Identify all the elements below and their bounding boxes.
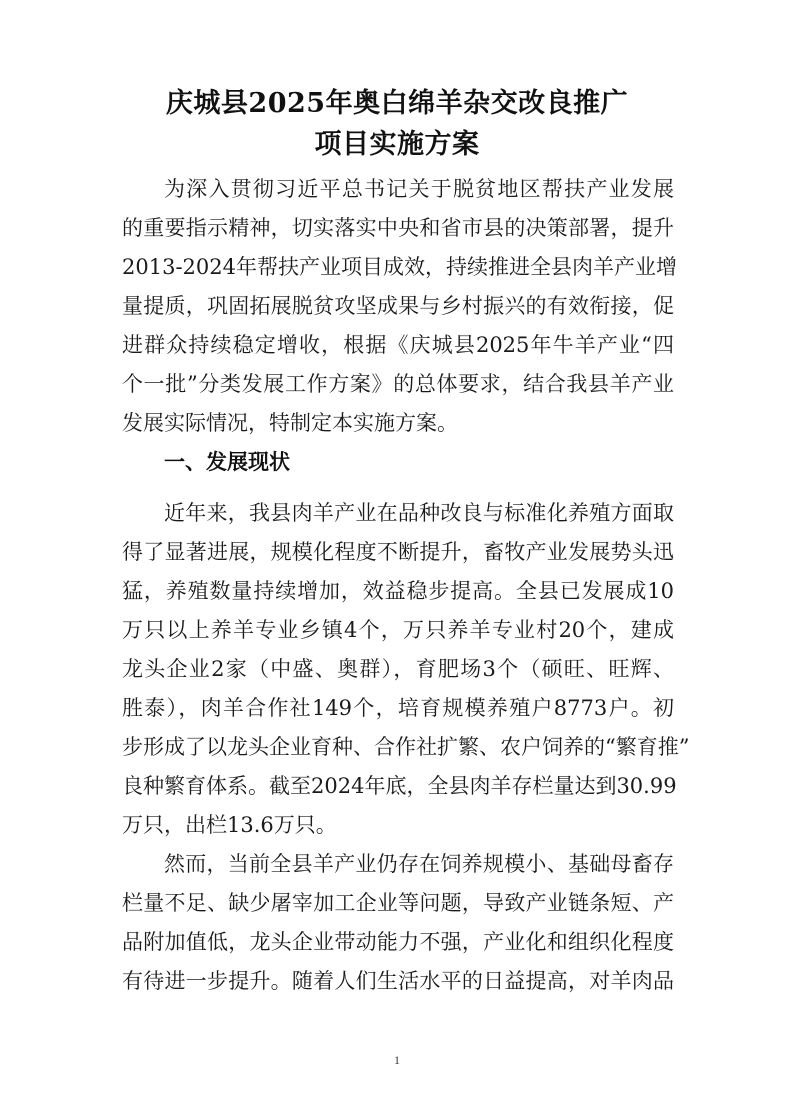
paragraph-line: 发展实际情况，特制定本实施方案。 [122, 404, 674, 443]
paragraph-line: 进群众持续稳定增收，根据《庆城县2025年牛羊产业“四 [122, 326, 674, 365]
paragraph-line: 龙头企业2家（中盛、奥群），育肥场3个（硕旺、旺辉、 [122, 650, 674, 689]
section-heading: 一、发展现状 [164, 443, 290, 482]
paragraph-line: 个一批”分类发展工作方案》的总体要求，结合我县羊产业 [122, 365, 674, 404]
paragraph-line: 品附加值低，龙头企业带动能力不强，产业化和组织化程度 [122, 923, 674, 962]
document-page: 庆城县2025年奥白绵羊杂交改良推广 项目实施方案 为深入贯彻习近平总书记关于脱… [0, 0, 794, 1108]
document-title-line-1: 庆城县2025年奥白绵羊杂交改良推广 [0, 84, 794, 124]
paragraph-line: 2013-2024年帮扶产业项目成效，持续推进全县肉羊产业增 [122, 248, 674, 287]
paragraph-line: 万只，出栏13.6万只。 [122, 806, 674, 845]
paragraph-line: 胜泰），肉羊合作社149个，培育规模养殖户8773户。初 [122, 689, 674, 728]
paragraph-line: 的重要指示精神，切实落实中央和省市县的决策部署，提升 [122, 209, 674, 248]
paragraph-line: 然而，当前全县羊产业仍存在饲养规模小、基础母畜存 [164, 845, 674, 884]
document-title-line-2: 项目实施方案 [0, 125, 794, 165]
paragraph-line: 近年来，我县肉羊产业在品种改良与标准化养殖方面取 [164, 494, 674, 533]
paragraph-line: 步形成了以龙头企业育种、合作社扩繁、农户饲养的“繁育推” [122, 728, 674, 767]
paragraph-line: 猛，养殖数量持续增加，效益稳步提高。全县已发展成10 [122, 572, 674, 611]
paragraph-line: 良种繁育体系。截至2024年底，全县肉羊存栏量达到30.99 [122, 767, 674, 806]
paragraph-line: 栏量不足、缺少屠宰加工企业等问题，导致产业链条短、产 [122, 884, 674, 923]
paragraph-line: 量提质，巩固拓展脱贫攻坚成果与乡村振兴的有效衔接，促 [122, 287, 674, 326]
paragraph-line: 为深入贯彻习近平总书记关于脱贫地区帮扶产业发展 [164, 170, 674, 209]
paragraph-line: 万只以上养羊专业乡镇4个，万只养羊专业村20个，建成 [122, 611, 674, 650]
paragraph-line: 有待进一步提升。随着人们生活水平的日益提高，对羊肉品 [122, 962, 674, 1001]
paragraph-line: 得了显著进展，规模化程度不断提升，畜牧产业发展势头迅 [122, 533, 674, 572]
page-number: 1 [0, 1052, 794, 1068]
